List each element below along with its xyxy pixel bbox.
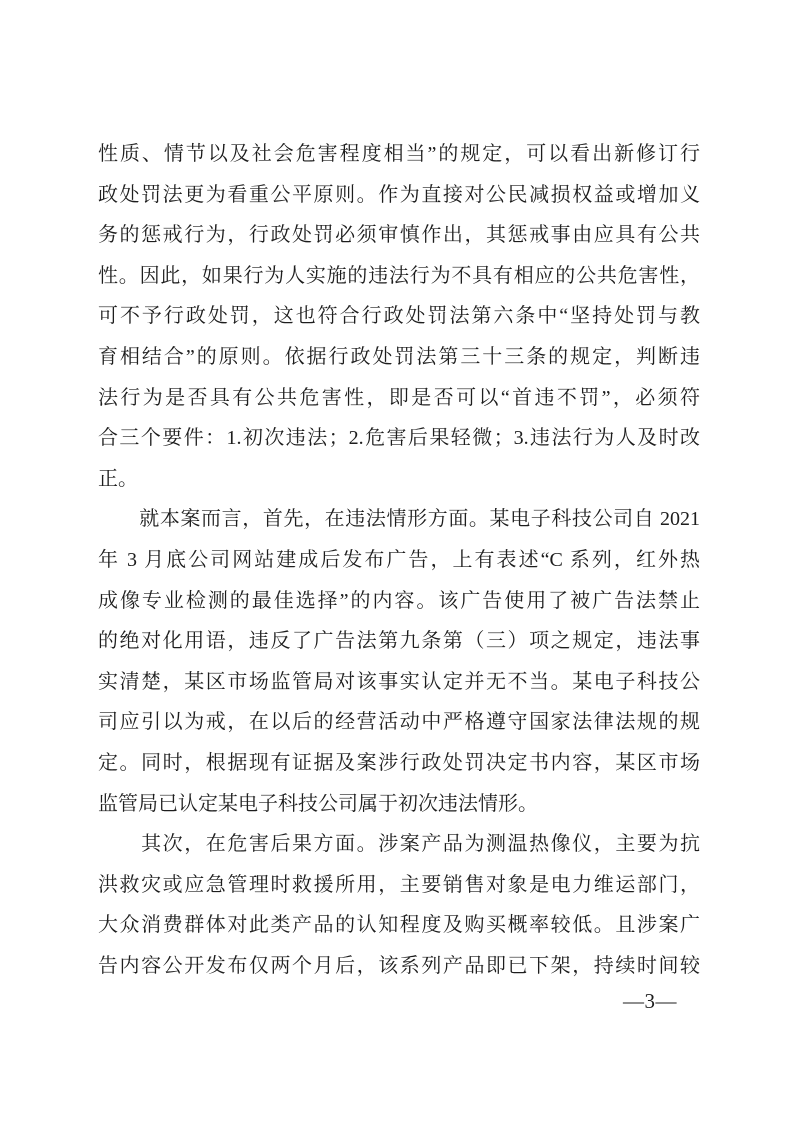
document-body: 性质、情节以及社会危害程度相当”的规定，可以看出新修订行政处罚法更为看重公平原则… [98, 134, 700, 986]
text-line: 大众消费群体对此类产品的认知程度及购买概率较低。且涉案广 [98, 905, 700, 946]
text-line: 可不予行政处罚，这也符合行政处罚法第六条中“坚持处罚与教 [98, 296, 700, 337]
text-line: 性。因此，如果行为人实施的违法行为不具有相应的公共危害性， [98, 256, 700, 297]
text-line: 的绝对化用语，违反了广告法第九条第（三）项之规定，违法事 [98, 621, 700, 662]
text-line: 政处罚法更为看重公平原则。作为直接对公民减损权益或增加义 [98, 175, 700, 216]
text-line: 洪救灾或应急管理时救援所用，主要销售对象是电力维运部门， [98, 865, 700, 906]
text-line: 务的惩戒行为，行政处罚必须审慎作出，其惩戒事由应具有公共 [98, 215, 700, 256]
page-number: —3— [623, 986, 677, 1016]
text-line: 司应引以为戒，在以后的经营活动中严格遵守国家法律法规的规 [98, 702, 700, 743]
paragraph: 性质、情节以及社会危害程度相当”的规定，可以看出新修订行政处罚法更为看重公平原则… [98, 134, 700, 499]
text-line: 就本案而言，首先，在违法情形方面。某电子科技公司自 2021 [98, 499, 700, 540]
document-page: 性质、情节以及社会危害程度相当”的规定，可以看出新修订行政处罚法更为看重公平原则… [0, 0, 793, 1122]
text-line: 正。 [98, 459, 700, 500]
text-line: 年 3 月底公司网站建成后发布广告，上有表述“C 系列，红外热 [98, 540, 700, 581]
text-line: 监管局已认定某电子科技公司属于初次违法情形。 [98, 784, 700, 825]
paragraph: 其次，在危害后果方面。涉案产品为测温热像仪，主要为抗洪救灾或应急管理时救援所用，… [98, 824, 700, 986]
text-line: 性质、情节以及社会危害程度相当”的规定，可以看出新修订行 [98, 134, 700, 175]
text-line: 成像专业检测的最佳选择”的内容。该广告使用了被广告法禁止 [98, 581, 700, 622]
text-line: 定。同时，根据现有证据及案涉行政处罚决定书内容，某区市场 [98, 743, 700, 784]
text-line: 实清楚，某区市场监管局对该事实认定并无不当。某电子科技公 [98, 662, 700, 703]
text-line: 育相结合”的原则。依据行政处罚法第三十三条的规定，判断违 [98, 337, 700, 378]
text-line: 告内容公开发布仅两个月后，该系列产品即已下架，持续时间较 [98, 946, 700, 987]
text-line: 法行为是否具有公共危害性，即是否可以“首违不罚”，必须符 [98, 378, 700, 419]
text-line: 其次，在危害后果方面。涉案产品为测温热像仪，主要为抗 [98, 824, 700, 865]
text-line: 合三个要件：1.初次违法；2.危害后果轻微；3.违法行为人及时改 [98, 418, 700, 459]
paragraph: 就本案而言，首先，在违法情形方面。某电子科技公司自 2021年 3 月底公司网站… [98, 499, 700, 824]
